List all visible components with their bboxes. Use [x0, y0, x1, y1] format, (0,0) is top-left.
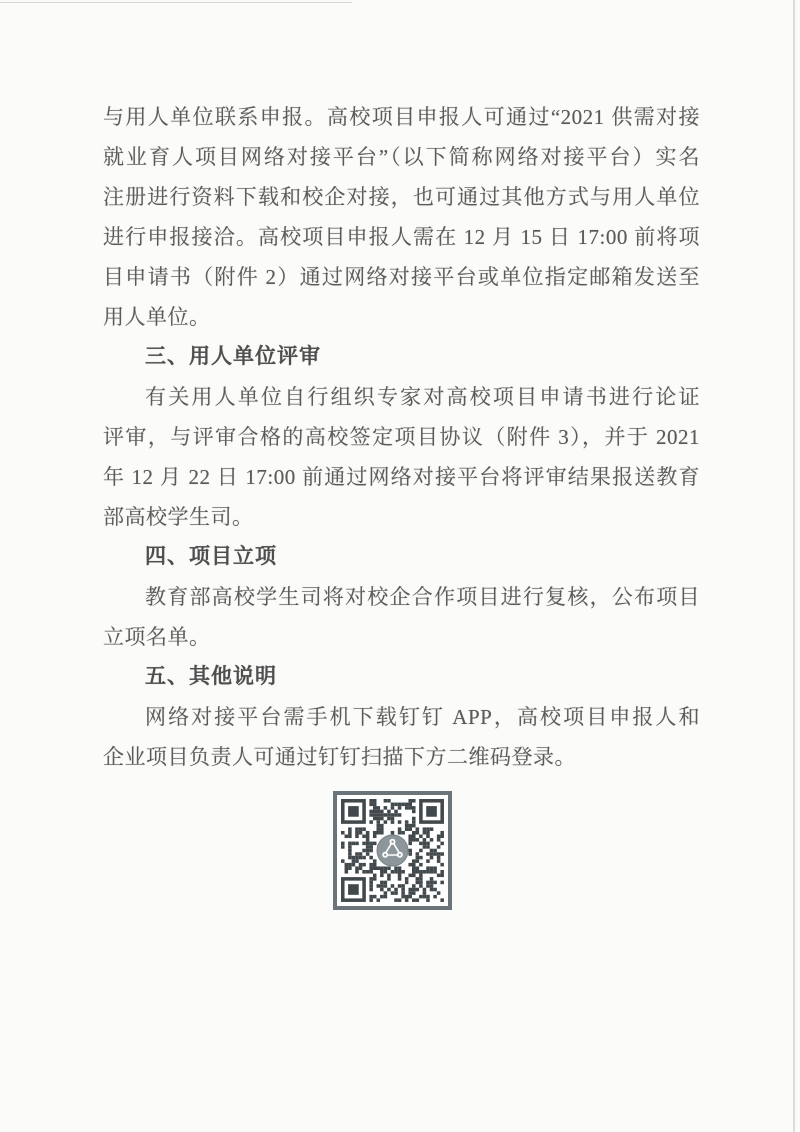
- section-heading-5: 五、其他说明: [103, 657, 700, 697]
- doc-line: 有关用人单位自行组织专家对高校项目申请书进行论证: [103, 377, 700, 417]
- qr-center-logo-icon: [377, 835, 408, 866]
- doc-line: 用人单位。: [103, 297, 700, 337]
- doc-line: 年 12 月 22 日 17:00 前通过网络对接平台将评审结果报送教育: [103, 457, 700, 497]
- qr-code-image: [333, 791, 452, 910]
- doc-line: 评审，与评审合格的高校签定项目协议（附件 3），并于 2021: [103, 417, 700, 457]
- document-body: 与用人单位联系申报。高校项目申报人可通过“2021 供需对接 就业育人项目网络对…: [103, 97, 700, 777]
- doc-line: 网络对接平台需手机下载钉钉 APP，高校项目申报人和: [103, 697, 700, 737]
- doc-line: 进行申报接洽。高校项目申报人需在 12 月 15 日 17:00 前将项: [103, 217, 700, 257]
- scan-edge-top: [0, 2, 352, 3]
- section-heading-4: 四、项目立项: [103, 537, 700, 577]
- doc-line: 教育部高校学生司将对校企合作项目进行复核，公布项目: [103, 577, 700, 617]
- doc-line: 注册进行资料下载和校企对接，也可通过其他方式与用人单位: [103, 177, 700, 217]
- section-heading-3: 三、用人单位评审: [103, 337, 700, 377]
- scan-edge-right: [793, 0, 795, 1132]
- doc-line: 目申请书（附件 2）通过网络对接平台或单位指定邮箱发送至: [103, 257, 700, 297]
- doc-line: 部高校学生司。: [103, 497, 700, 537]
- doc-line: 与用人单位联系申报。高校项目申报人可通过“2021 供需对接: [103, 97, 700, 137]
- doc-line: 立项名单。: [103, 617, 700, 657]
- scanned-document-page: 与用人单位联系申报。高校项目申报人可通过“2021 供需对接 就业育人项目网络对…: [0, 0, 800, 1132]
- doc-line: 就业育人项目网络对接平台”（以下简称网络对接平台）实名: [103, 137, 700, 177]
- doc-line: 企业项目负责人可通过钉钉扫描下方二维码登录。: [103, 737, 700, 777]
- dingtalk-qr-code: [333, 791, 452, 910]
